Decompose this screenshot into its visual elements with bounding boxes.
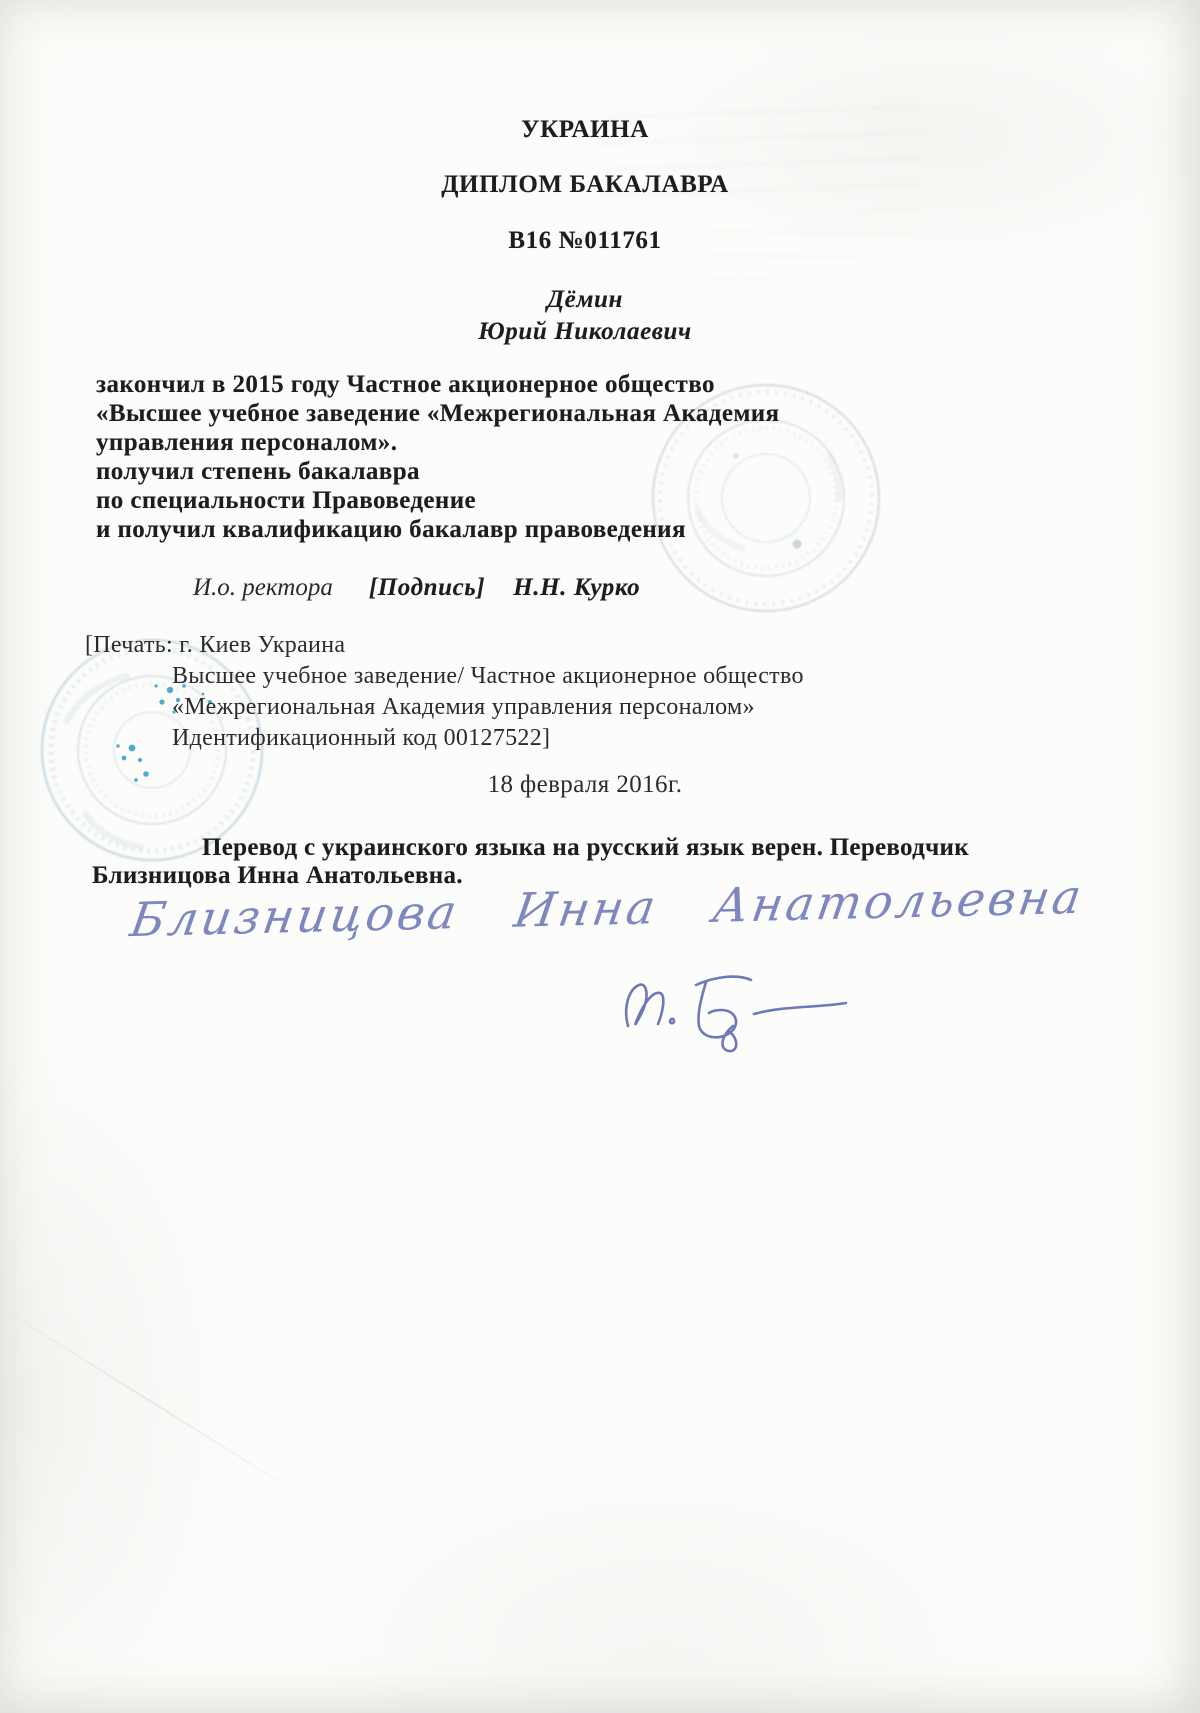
seal-transcript-line: «Межрегиональная Академия управления пер… — [172, 692, 755, 723]
body-line: и получил квалификацию бакалавр правовед… — [96, 515, 779, 544]
seal-transcript-line: Высшее учебное заведение/ Частное акцион… — [172, 661, 804, 692]
rector-name: Н.Н. Курко — [513, 574, 640, 601]
translation-date: 18 февраля 2016г. — [0, 771, 1170, 799]
body-line: управления персоналом». — [96, 428, 779, 457]
rector-signature-line: И.о. ректора[Подпись]Н.Н. Курко — [193, 574, 640, 602]
holder-first-patronymic: Юрий Николаевич — [0, 318, 1170, 346]
seal-transcript-closing: Идентификационный код 00127522] — [172, 723, 550, 754]
paper-crease — [0, 1289, 329, 1513]
seal-transcript-opening: [Печать: г. Киев Украина — [85, 630, 345, 661]
body-line: по специальности Правоведение — [96, 486, 779, 515]
body-line: получил степень бакалавра — [96, 457, 779, 486]
document-title: ДИПЛОМ БАКАЛАВРА — [0, 171, 1170, 199]
body-line: «Высшее учебное заведение «Межрегиональн… — [96, 399, 779, 428]
document-number: В16 №011761 — [0, 227, 1170, 255]
holder-last-name: Дёмин — [0, 286, 1170, 314]
rector-role: И.о. ректора — [193, 574, 333, 601]
body-line: закончил в 2015 году Частное акционерное… — [96, 370, 779, 399]
country-heading: УКРАИНА — [0, 116, 1170, 144]
diploma-body-text: закончил в 2015 году Частное акционерное… — [96, 370, 779, 544]
scanned-diploma-translation-page: УКРАИНА ДИПЛОМ БАКАЛАВРА В16 №011761 Дём… — [0, 0, 1200, 1713]
translator-initials-signature — [612, 952, 862, 1057]
signature-placeholder: [Подпись] — [369, 574, 485, 601]
